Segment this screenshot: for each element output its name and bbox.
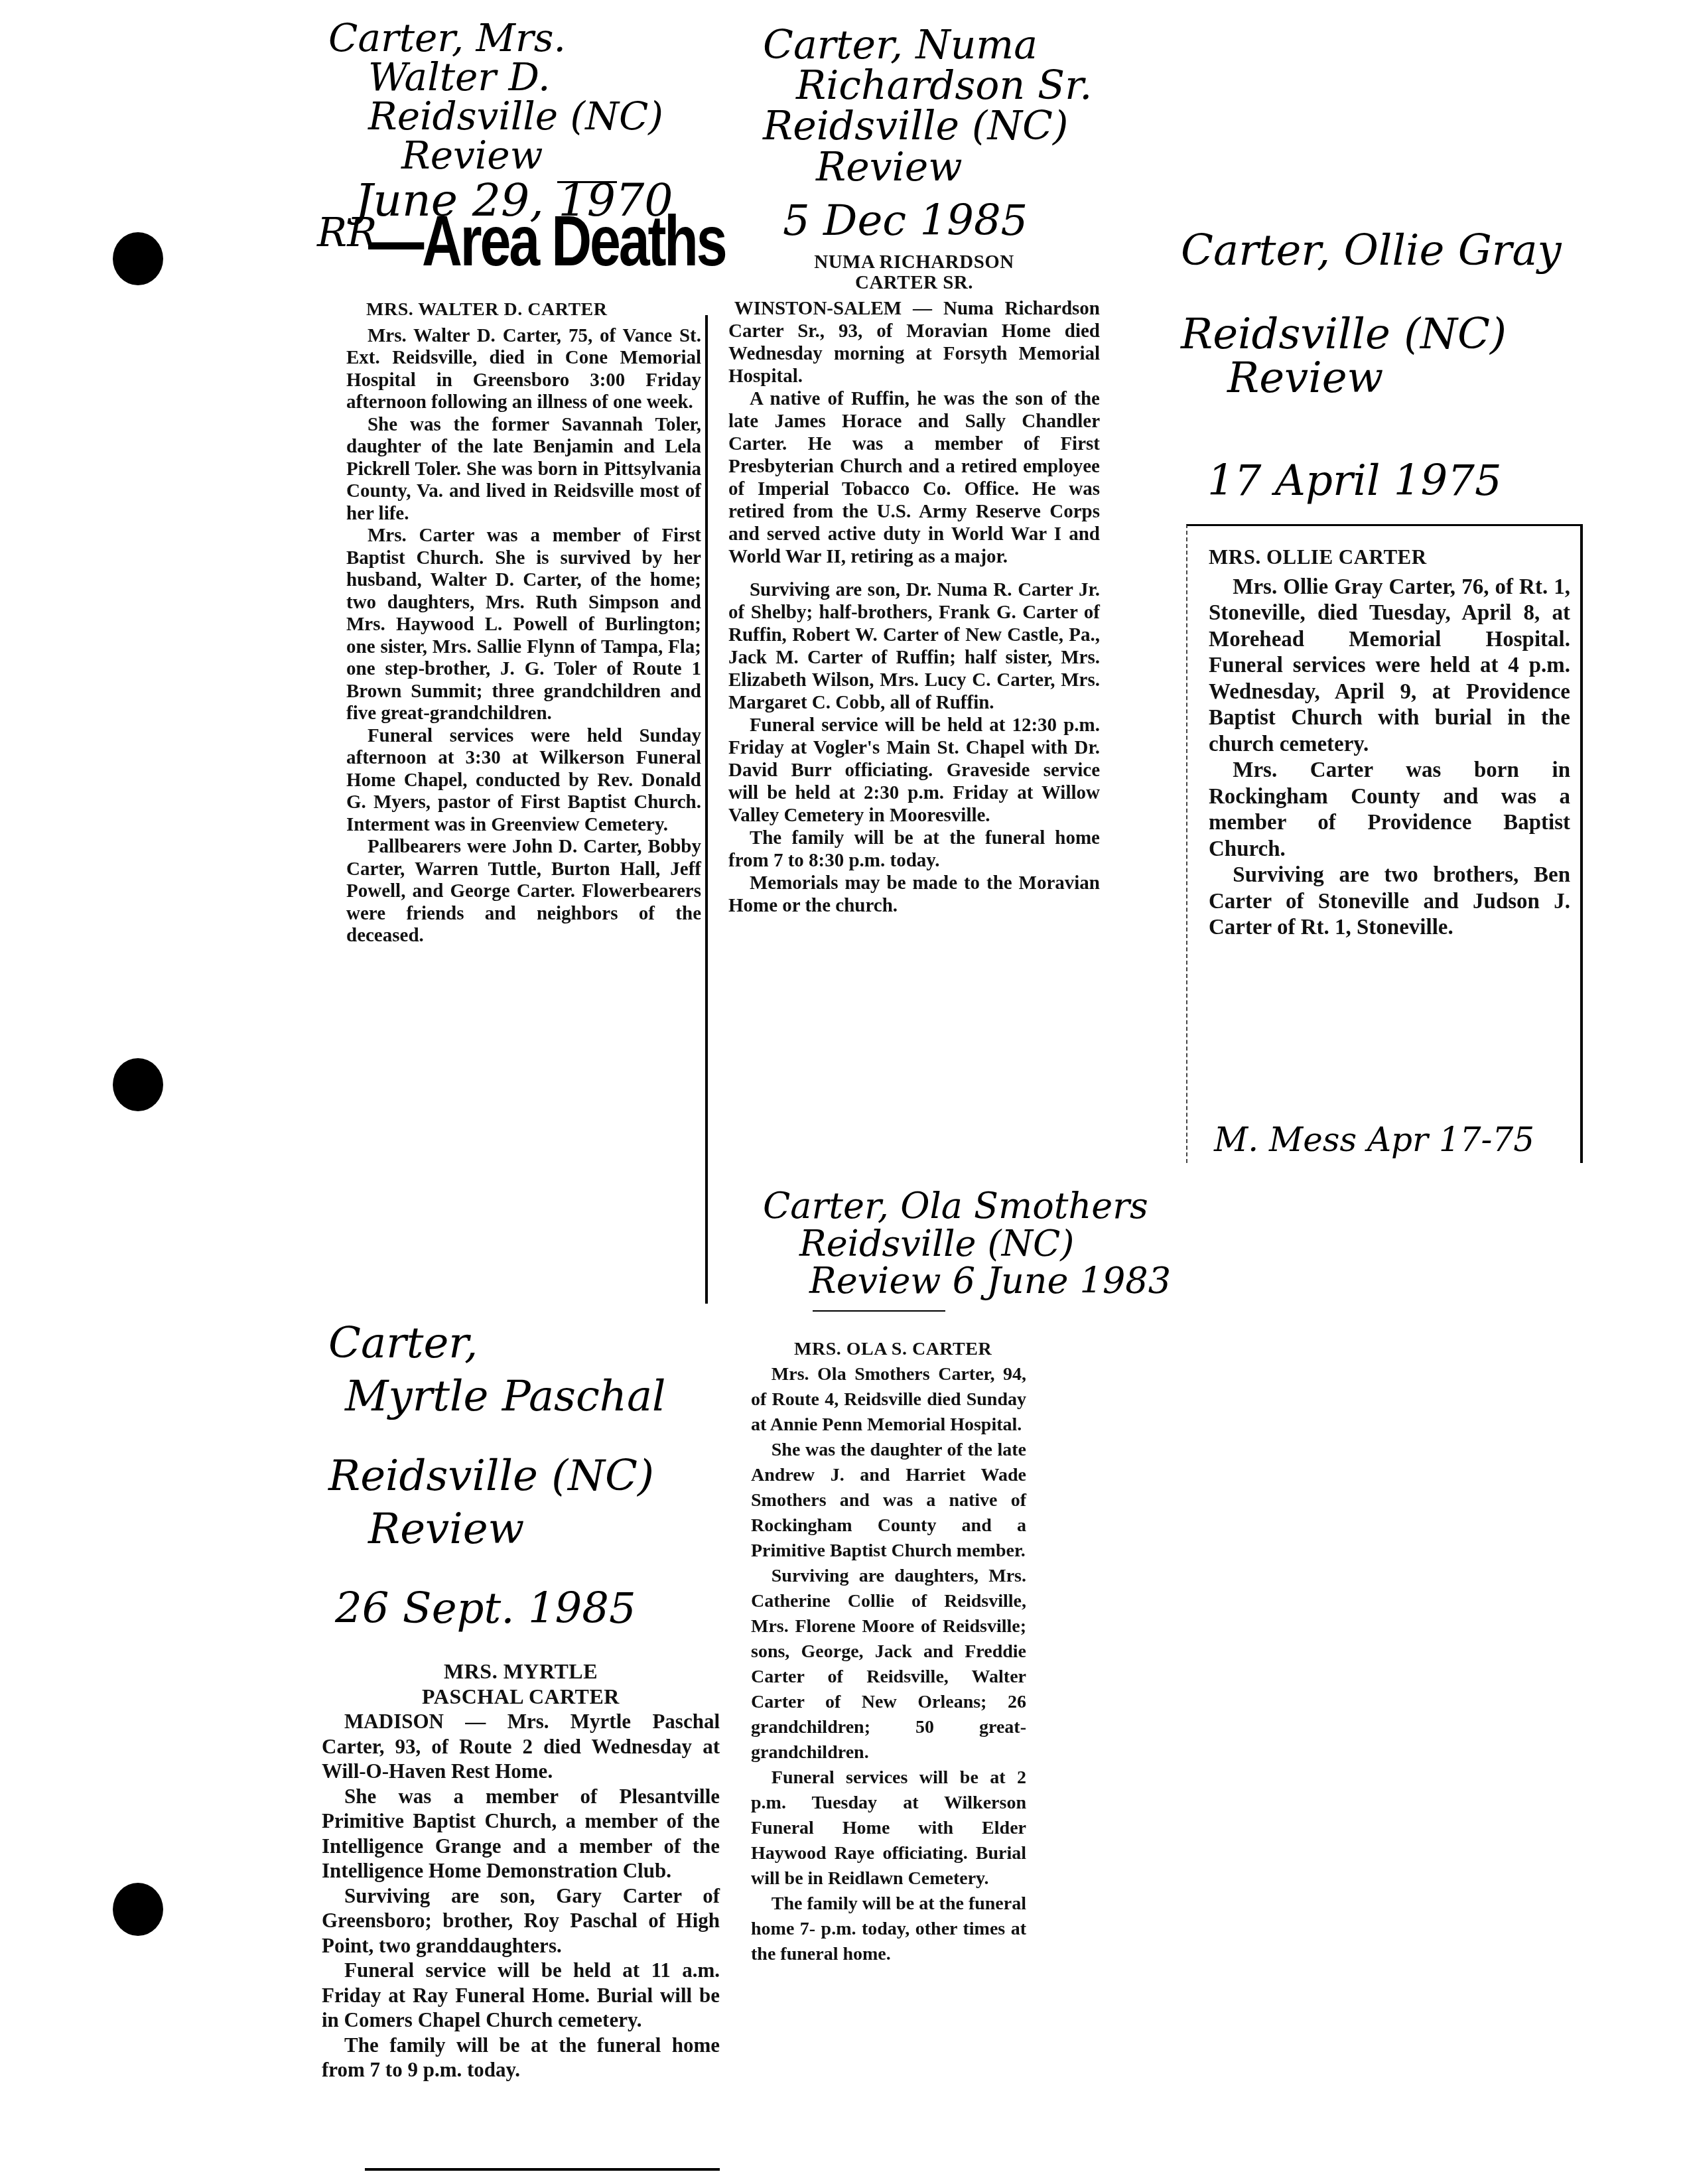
paragraph: Surviving are daughters, Mrs. Catherine … (751, 1564, 1026, 1765)
annotation-line: Reidsville (NC) (763, 1225, 1171, 1263)
paragraph: Mrs. Carter was born in Rockingham Count… (1209, 758, 1570, 862)
annotation-line: Review (328, 1503, 666, 1556)
annotation-line: Carter, Mrs. (328, 19, 663, 58)
paragraph: MADISON — Mrs. Myrtle Paschal Carter, 93… (322, 1709, 720, 1784)
obituary-myrtle: MRS. MYRTLE PASCHAL CARTER MADISON — Mrs… (322, 1659, 720, 2082)
clipping-bottom-rule (365, 2168, 720, 2171)
annotation-line: Carter, (328, 1317, 666, 1370)
headline-line: NUMA RICHARDSON (728, 252, 1100, 273)
annotation-line: Reidsville (NC) (328, 97, 663, 136)
banner-rule (557, 181, 617, 183)
annotation-line: Richardson Sr. (763, 66, 1092, 106)
clipping-rule (813, 1310, 945, 1312)
paragraph: Memorials may be made to the Moravian Ho… (728, 872, 1100, 917)
annotation-ola: Carter, Ola Smothers Reidsville (NC) Rev… (763, 1188, 1171, 1300)
paragraph: She was a member of Plesantville Primiti… (322, 1784, 720, 1883)
obituary-ola: MRS. OLA S. CARTER Mrs. Ola Smothers Car… (751, 1337, 1026, 1967)
annotation-line: Carter, Numa (763, 25, 1092, 66)
paragraph: Pallbearers were John D. Carter, Bobby C… (346, 836, 701, 947)
headline-line: MRS. MYRTLE (322, 1659, 720, 1684)
headline-line: PASCHAL CARTER (322, 1684, 720, 1709)
annotation-line: Walter D. (328, 58, 663, 97)
annotation-ollie-footer: M. Mess Apr 17-75 (1214, 1121, 1534, 1158)
paragraph: Funeral service will be held at 12:30 p.… (728, 714, 1100, 827)
annotation-line: Reidsville (NC) (763, 106, 1092, 147)
paragraph: The family will be at the funeral home 7… (751, 1891, 1026, 1967)
paragraph: Mrs. Ola Smothers Carter, 94, of Route 4… (751, 1362, 1026, 1438)
annotation-line: Review (328, 136, 663, 175)
headline-line: CARTER SR. (728, 273, 1100, 293)
annotation-ollie: Carter, Ollie Gray Reidsville (NC) Revie… (1181, 219, 1562, 410)
headline-ollie: MRS. OLLIE CARTER (1209, 544, 1570, 571)
obituary-walter: MRS. WALTER D. CARTER Mrs. Walter D. Car… (346, 299, 701, 947)
paragraph: Funeral services will be at 2 p.m. Tuesd… (751, 1765, 1026, 1891)
paragraph: Surviving are son, Dr. Numa R. Carter Jr… (728, 579, 1100, 714)
paragraph: The family will be at the funeral home f… (728, 827, 1100, 872)
annotation-numa-date: 5 Dec 1985 (783, 198, 1028, 245)
paragraph: Mrs. Ollie Gray Carter, 76, of Rt. 1, St… (1209, 575, 1570, 758)
annotation-line: Review (763, 147, 1092, 188)
paragraph: She was the daughter of the late Andrew … (751, 1438, 1026, 1564)
column-rule (705, 315, 708, 1304)
obituary-numa: NUMA RICHARDSON CARTER SR. WINSTON-SALEM… (728, 252, 1100, 917)
headline-ola: MRS. OLA S. CARTER (751, 1337, 1026, 1362)
obituary-ollie: MRS. OLLIE CARTER Mrs. Ollie Gray Carter… (1209, 544, 1570, 941)
paragraph: Surviving are son, Gary Carter of Greens… (322, 1883, 720, 1958)
paragraph: A native of Ruffin, he was the son of th… (728, 387, 1100, 568)
annotation-line: Reidsville (NC) (328, 1450, 666, 1503)
paragraph: Mrs. Walter D. Carter, 75, of Vance St. … (346, 325, 701, 414)
annotation-myrtle: Carter, Myrtle Paschal Reidsville (NC) R… (328, 1317, 666, 1556)
annotation-line: Review 6 June 1983 (763, 1263, 1171, 1300)
annotation-line: Carter, Ollie Gray (1181, 219, 1562, 283)
annotation-line: Myrtle Paschal (328, 1370, 666, 1423)
annotation-myrtle-date: 26 Sept. 1985 (335, 1586, 636, 1633)
headline-walter: MRS. WALTER D. CARTER (346, 299, 701, 321)
punch-hole-bottom (113, 1883, 163, 1936)
paragraph: She was the former Savannah Toler, daugh… (346, 414, 701, 525)
paragraph: Funeral service will be held at 11 a.m. … (322, 1958, 720, 2033)
annotation-numa: Carter, Numa Richardson Sr. Reidsville (… (763, 25, 1092, 188)
annotation-ollie-date: 17 April 1975 (1207, 458, 1502, 506)
punch-hole-middle (113, 1058, 163, 1111)
paragraph: The family will be at the funeral home f… (322, 2033, 720, 2082)
paragraph: Surviving are two brothers, Ben Carter o… (1209, 862, 1570, 941)
annotation-line: Carter, Ola Smothers (763, 1188, 1171, 1225)
annotation-walter: Carter, Mrs. Walter D. Reidsville (NC) R… (328, 19, 663, 176)
paragraph: Mrs. Carter was a member of First Baptis… (346, 525, 701, 725)
headline-numa: NUMA RICHARDSON CARTER SR. (728, 252, 1100, 293)
section-banner: —Area Deaths (368, 199, 725, 282)
punch-hole-top (113, 232, 163, 285)
paragraph: WINSTON-SALEM — Numa Richardson Carter S… (728, 297, 1100, 387)
paragraph: Funeral services were held Sunday aftern… (346, 725, 701, 837)
headline-myrtle: MRS. MYRTLE PASCHAL CARTER (322, 1659, 720, 1709)
